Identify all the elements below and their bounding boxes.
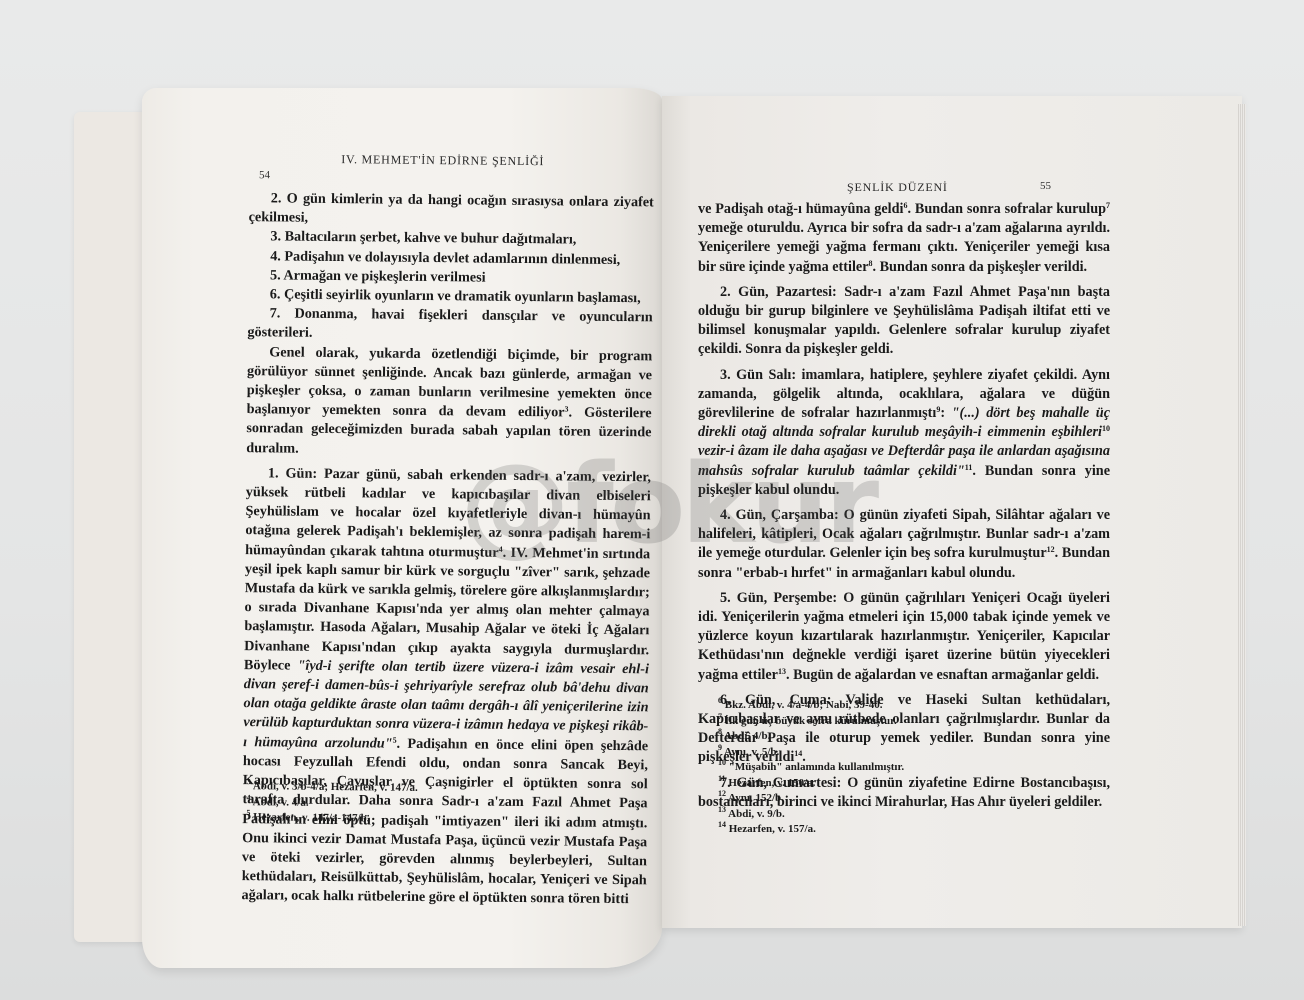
footnote: 10 "Müşabih" anlamında kullanılmıştır. — [718, 760, 1098, 776]
footnotes: 6 Bkz. Abdi, v. 4/a-4/b; Nabi, 39-40. 7 … — [718, 698, 1098, 838]
footnote-ref: 12 — [1047, 545, 1055, 554]
list-item: 2. O gün kimlerin ya da hangi ocağın sır… — [249, 189, 654, 232]
right-page: ŞENLİK DÜZENİ 55 ve Padişah otağ-ı hümay… — [662, 96, 1242, 928]
footnote-ref: 10 — [1102, 424, 1110, 433]
running-head: ŞENLİK DÜZENİ — [847, 180, 948, 195]
footnote: 12 Aynı, 152/b. — [718, 791, 1098, 807]
footnote: 11 Hezarfen, v. 150/a. — [718, 776, 1098, 792]
paragraph: 1. Gün: Pazar günü, sabah erkenden sadr-… — [241, 464, 651, 910]
footnote: 14 Hezarfen, v. 157/a. — [718, 822, 1098, 838]
paragraph: 2. Gün, Pazartesi: Sadr-ı a'zam Fazıl Ah… — [698, 283, 1110, 360]
footnote-ref: 9 — [936, 405, 940, 414]
paragraph: 5. Gün, Perşembe: O günün çağrılıları Ye… — [698, 589, 1110, 685]
paragraph: 4. Gün, Çarşamba: O günün ziyafeti Sipah… — [698, 506, 1110, 583]
footnote: 13 Abdi, v. 9/b. — [718, 807, 1098, 823]
running-head: IV. MEHMET'İN EDİRNE ŞENLİĞİ — [341, 152, 544, 169]
page-stack-edge — [1238, 104, 1246, 926]
program-list: 2. O gün kimlerin ya da hangi ocağın sır… — [247, 189, 654, 347]
footnote: 9 Aynı, v. 5/b. — [718, 745, 1098, 761]
footnote-ref: 7 — [1106, 201, 1110, 210]
paragraph: ve Padişah otağ-ı hümayûna geldi6. Bunda… — [698, 200, 1110, 277]
page-number: 55 — [1040, 180, 1051, 192]
footnote: 7 İlk gün üç büyük sofra kurulmuştur. — [718, 714, 1098, 730]
page-number: 54 — [259, 169, 270, 181]
footnote: 8 Abdi, 4/b. — [718, 729, 1098, 745]
left-page: 54 IV. MEHMET'İN EDİRNE ŞENLİĞİ 2. O gün… — [142, 88, 662, 968]
footnotes: 3 Abdi, v. 3/b-4/a; Hezarfen, v. 147/a. … — [246, 779, 646, 830]
list-item: 7. Donanma, havai fişekleri dansçılar ve… — [247, 304, 652, 347]
paragraph: Genel olarak, yukarda özetlendiği biçimd… — [246, 343, 652, 462]
paragraph: 3. Gün Salı: imamlara, hatiplere, şeyhle… — [698, 366, 1110, 500]
footnote: 6 Bkz. Abdi, v. 4/a-4/b; Nabi, 39-40. — [718, 698, 1098, 714]
footnote-ref: 13 — [778, 667, 786, 676]
